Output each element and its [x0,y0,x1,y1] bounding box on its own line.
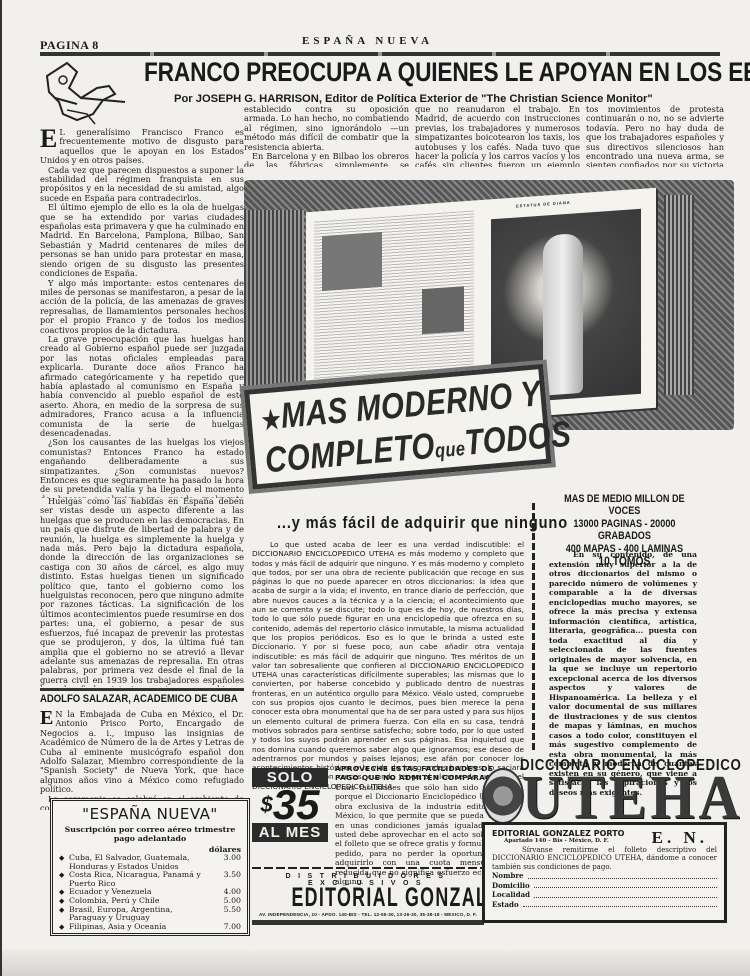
diamond-bullet-icon: ◆ [59,871,69,888]
caricature-icon [37,58,127,128]
paragraph: En Barcelona y en Bilbao los obreros de … [244,152,409,167]
section-rule [40,688,244,691]
dashed-separator [532,500,535,750]
rate-row: ◆Costa Rica, Nicaragua, Panamá y Puerto … [59,871,241,888]
page-bottom-margin [2,950,750,976]
article-column-2: establecido contra su oposición armada. … [244,105,409,167]
plate-caption: ESTATUA DE DIANA [516,200,571,209]
paragraph: Y algo más importante: estos centenares … [40,279,244,335]
rate-row: ◆Filipinas, Asia y Oceanía7.00 [59,923,241,932]
coupon-field-nombre[interactable]: Nombre [492,871,717,881]
subscription-box: "ESPAÑA NUEVA" Suscripción por correo aé… [50,798,250,936]
footer-bar [252,920,484,925]
payment-body-text: Unas facilidades que sólo han sido posib… [252,783,514,886]
paragraph: ¿Son los causantes de las huelgas los vi… [40,438,244,498]
header-rule [40,52,720,56]
winged-bull-picture [322,232,382,291]
newspaper-page: PAGINA 8 ESPAÑA NUEVA FRANCO PREOCUPA A … [0,0,750,976]
paragraph: EN la Embajada de Cuba en México, el Dr.… [40,710,244,795]
ad-body-text: Lo que usted acaba de leer es una verdad… [252,540,524,791]
coupon-field-estado[interactable]: Estado [492,900,717,910]
name-line-input[interactable] [528,871,717,879]
locality-line-input[interactable] [534,890,717,898]
portrait-picture [422,286,464,334]
drop-cap: E [40,128,57,150]
star-icon: ★ [260,404,282,436]
article-byline: Por JOSEPH G. HARRISON, Editor de Políti… [174,93,653,105]
article-headline: FRANCO PREOCUPA A QUIENES LE APOYAN EN L… [144,58,631,88]
article-column-1-continued: Huelgas como las habidas en España deben… [40,497,244,687]
diamond-bullet-icon: ◆ [59,923,69,932]
brand-name: UTEHA [522,770,743,826]
distributor-address: AV. INDEPENDENCIA, 10 - APDO. 140-BIS - … [252,912,484,917]
eagle-seal-icon [482,768,524,824]
coupon-field-localidad[interactable]: Localidad [492,890,717,900]
paragraph: EL generalísimo Francisco Franco es frec… [40,128,244,166]
order-coupon: EDITORIAL GONZALEZ PORTO E. N. Apartado … [482,822,727,923]
paragraph: El último ejemplo de ello es la ola de h… [40,203,244,278]
coupon-request: Sírvanse remitirme el folleto descriptiv… [492,846,717,871]
rate-row: ◆Brasil, Europa, Argentina, Paraguay y U… [59,906,241,923]
rate-row: ◆Cuba, El Salvador, Guatemala, Honduras … [59,854,241,871]
article-column-4: tos movimientos de protesta continuarán … [586,105,724,167]
coupon-field-domicilio[interactable]: Domicilio [492,881,717,891]
diamond-bullet-icon: ◆ [59,854,69,871]
drop-cap: E [40,710,53,727]
ad-tagline: ...y más fácil de adquirir que ninguno [277,513,568,533]
book-edge-icon [664,195,694,395]
distributor-name: EDITORIAL GONZALEZ PORTO [291,882,444,913]
diamond-bullet-icon: ◆ [59,897,69,906]
book-spines-icon [244,210,304,390]
coupon-code: E. N. [652,828,708,848]
subscription-note: Suscripción por correo aéreo trimestre p… [59,825,241,843]
paragraph: La grave preocupación que las huelgas ha… [40,335,244,438]
sidebar-headline: ADOLFO SALAZAR, ACADEMICO DE CUBA [40,693,213,705]
paragraph: que no reanudaron el trabajo. En Madrid,… [415,105,580,167]
paragraph: Cada vez que parecen dispuestos a supone… [40,166,244,204]
masthead: ESPAÑA NUEVA [302,35,433,47]
article-column-1: EL generalísimo Francisco Franco es frec… [40,128,244,498]
encyclopedia-advertisement: ESTATUA DE DIANA ★MAS MODERNO Y COMPLETO… [244,180,734,500]
paragraph: establecido contra su oposición armada. … [244,105,409,152]
diamond-bullet-icon: ◆ [59,906,69,923]
address-line-input[interactable] [534,881,717,889]
dashed-rule [252,867,484,869]
paragraph: Huelgas como las habidas en España deben… [40,497,244,687]
state-line-input[interactable] [523,900,717,908]
paragraph: tos movimientos de protesta continuarán … [586,105,724,167]
sidebar-story-body: EN la Embajada de Cuba en México, el Dr.… [40,710,244,810]
statue-icon [543,233,583,396]
page-number: PAGINA 8 [40,38,99,53]
diamond-bullet-icon: ◆ [59,888,69,897]
article-column-3: que no reanudaron el trabajo. En Madrid,… [415,105,580,167]
subscription-title: "ESPAÑA NUEVA" [59,805,241,823]
